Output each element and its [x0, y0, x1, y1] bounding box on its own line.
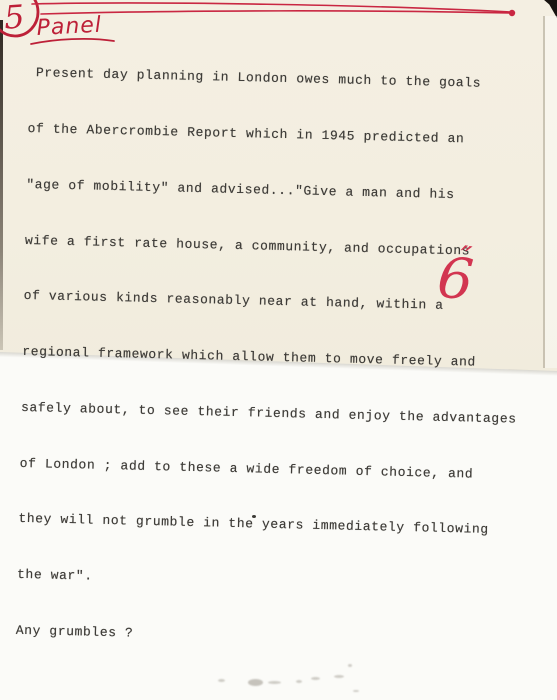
typed-line: "age of mobility" and advised..."Give a … [26, 176, 531, 206]
scan-smudge [348, 664, 352, 667]
scan-left-edge-artifact [0, 20, 3, 350]
typed-line: of the Abercrombie Report which in 1945 … [27, 120, 532, 150]
scan-smudge [268, 681, 281, 684]
scan-smudge [218, 679, 225, 682]
scan-speck [252, 515, 256, 518]
typed-line: they will not grumble in the years immed… [18, 510, 523, 540]
typed-text-block: Present day planning in London owes much… [15, 27, 535, 689]
typed-line: of London ; add to these a wide freedom … [19, 455, 524, 485]
scan-smudge [296, 680, 302, 683]
scan-smudge [353, 690, 359, 692]
scanner-margin-band [545, 16, 557, 368]
typed-line: the war". [17, 566, 522, 596]
typed-line: regional framework which allow them to m… [22, 343, 527, 373]
typed-line: wife a first rate house, a community, an… [25, 231, 530, 261]
scanned-page: Present day planning in London owes much… [0, 0, 557, 700]
typed-line: safely about, to see their friends and e… [21, 399, 526, 429]
typed-line: Any grumbles ? [16, 622, 521, 652]
scan-smudge [311, 677, 320, 680]
typed-line: of various kinds reasonably near at hand… [23, 287, 528, 317]
scan-smudge [334, 675, 344, 678]
typed-line: Present day planning in London owes much… [29, 64, 534, 94]
scan-smudge [248, 679, 263, 686]
